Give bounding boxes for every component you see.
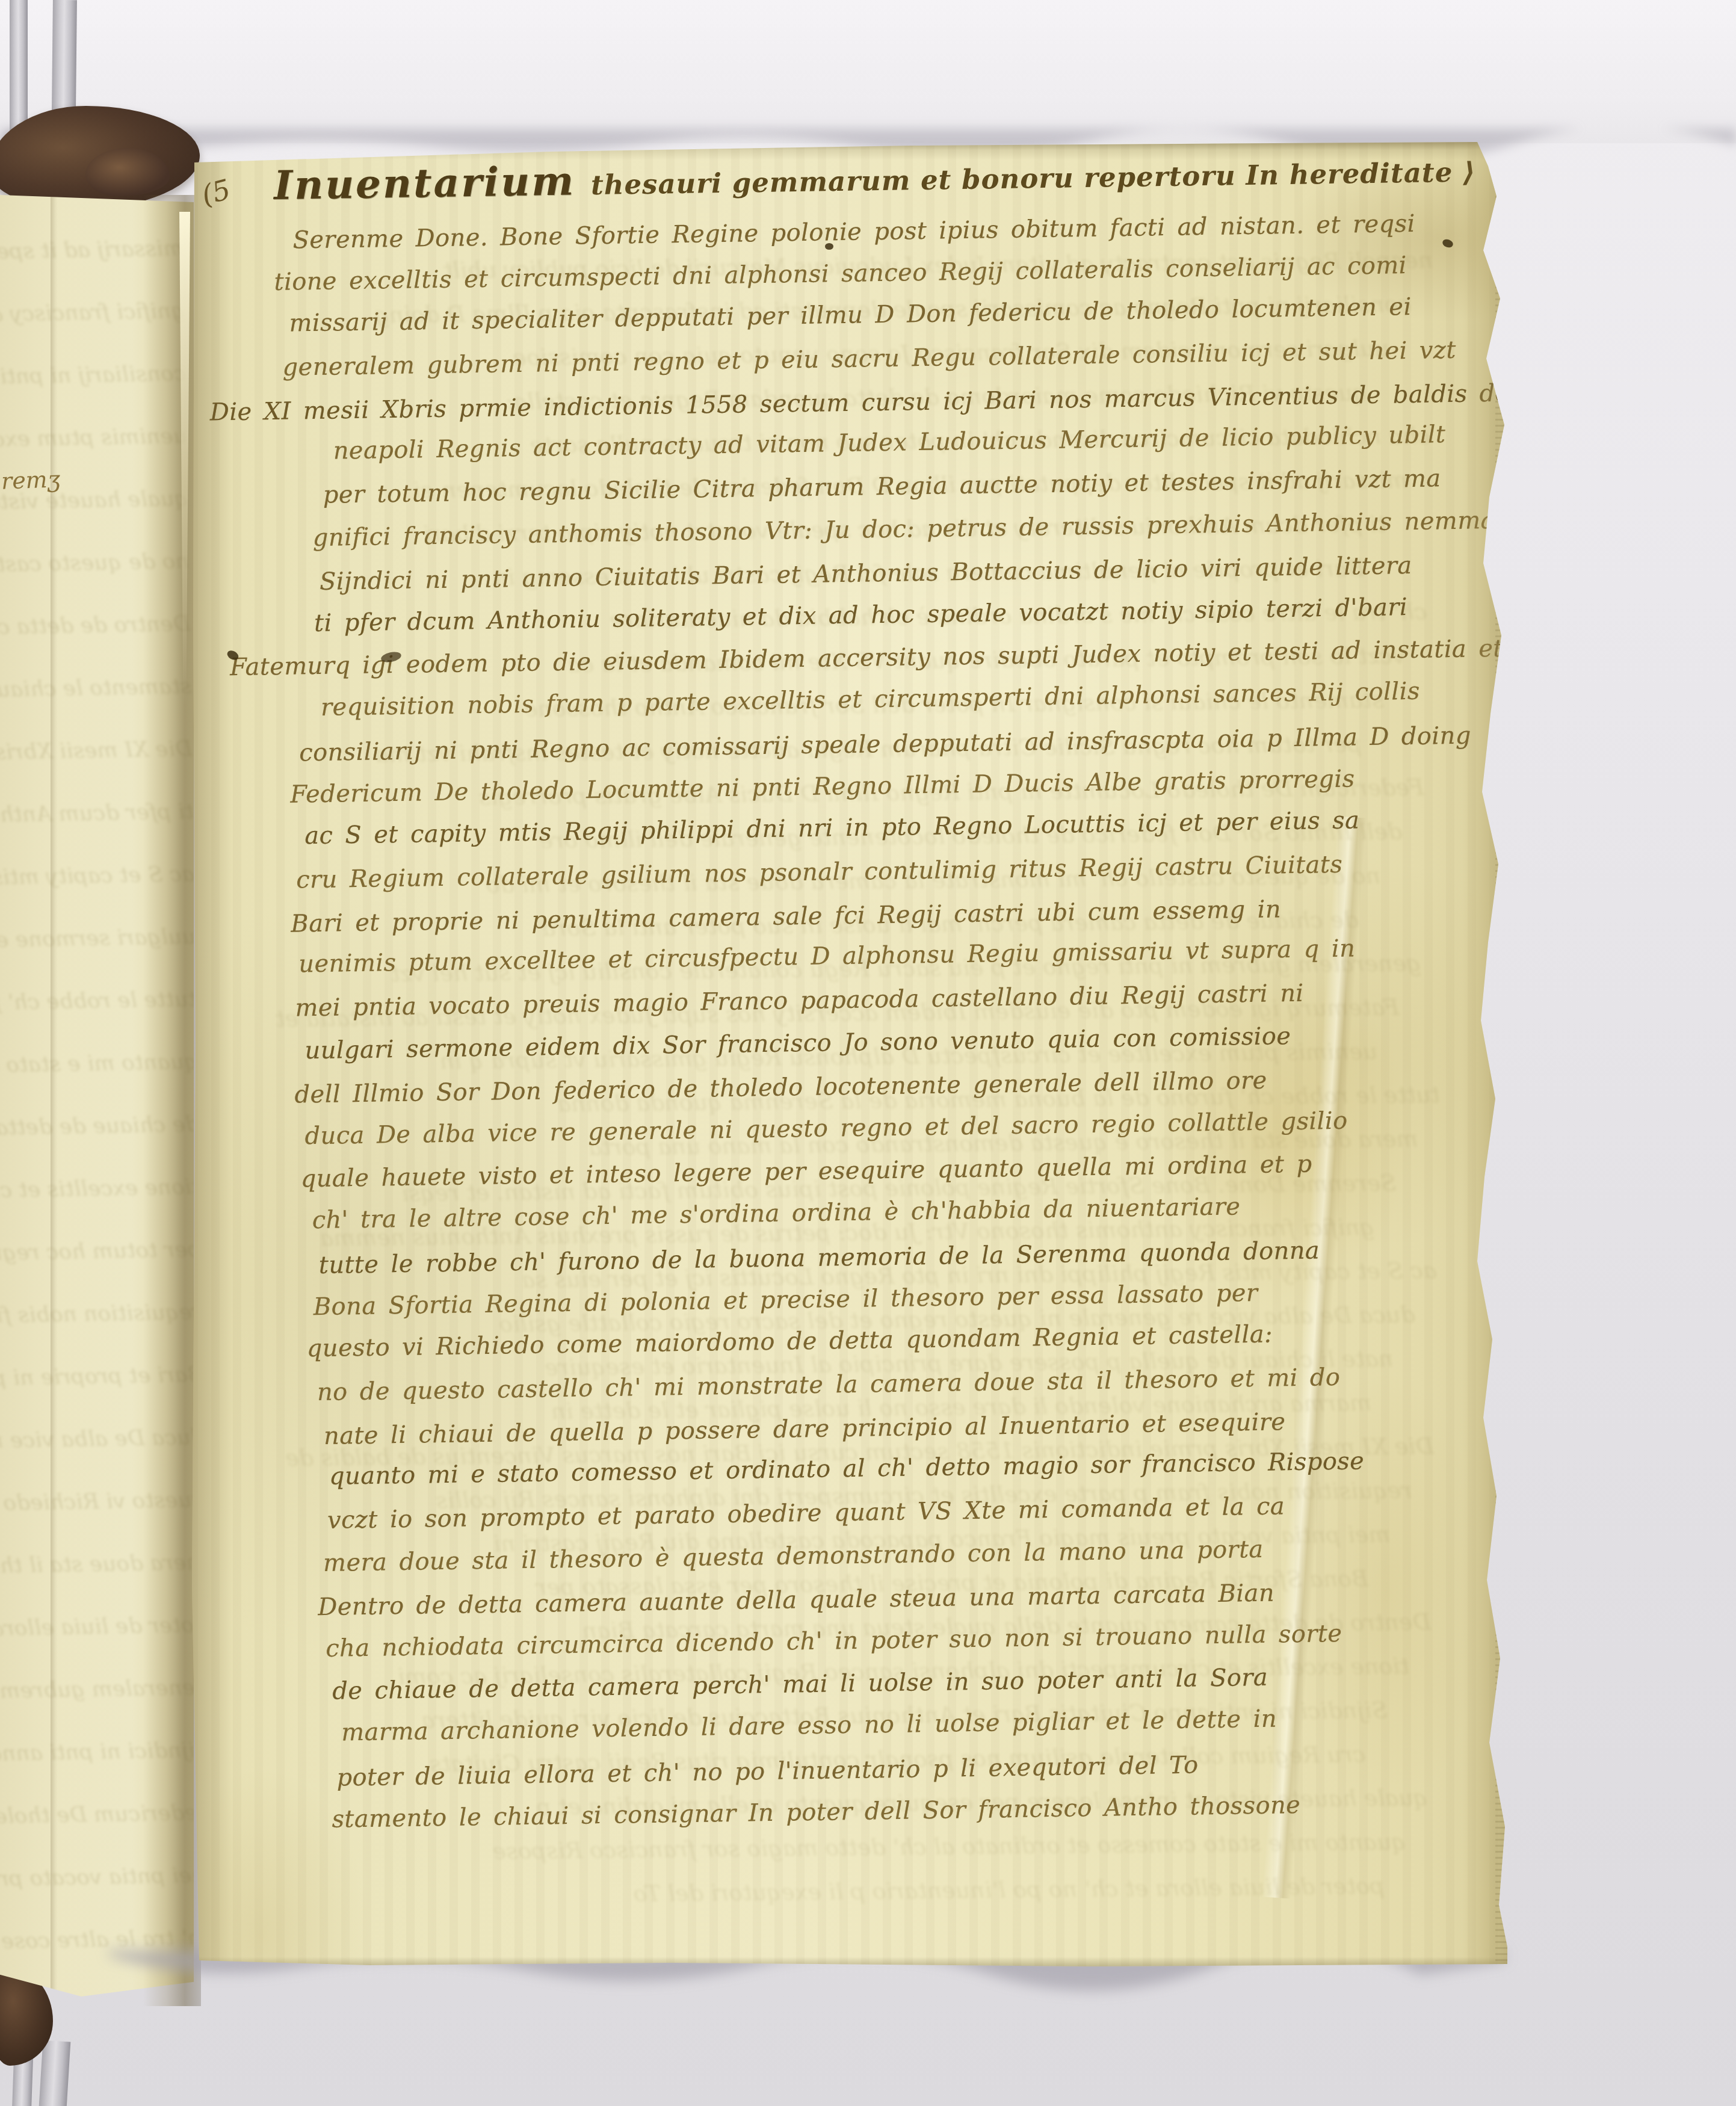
manuscript-photo: missarij ad it specialiter depputati per… [0, 0, 1736, 2106]
leather-binding-remnant-top [0, 106, 200, 209]
folio-number: (5 [198, 173, 233, 211]
fore-edge-page-stack [1495, 142, 1513, 1969]
backdrop-sheet [0, 0, 1736, 143]
manuscript-page: neapoli Regnis act contracty ad vitam Ju… [190, 142, 1513, 1969]
text-lines: Serenme Done. Bone Sfortie Regine poloni… [190, 200, 1513, 1842]
heading-continuation: thesauri gemmarum et bonoru repertoru In… [591, 156, 1476, 201]
ink-text-layer: (5 Inuentariumthesauri gemmarum et bonor… [190, 142, 1513, 1969]
gutter-shadow [143, 195, 201, 2006]
heading-initial-word: Inuentarium [274, 158, 576, 209]
margin-ink-fragment: remʒ [1, 466, 61, 494]
fore-edge-shading [1463, 142, 1513, 1969]
cradle-bar-bottom-left-inner [39, 2040, 71, 2106]
ink-blot [825, 243, 833, 250]
